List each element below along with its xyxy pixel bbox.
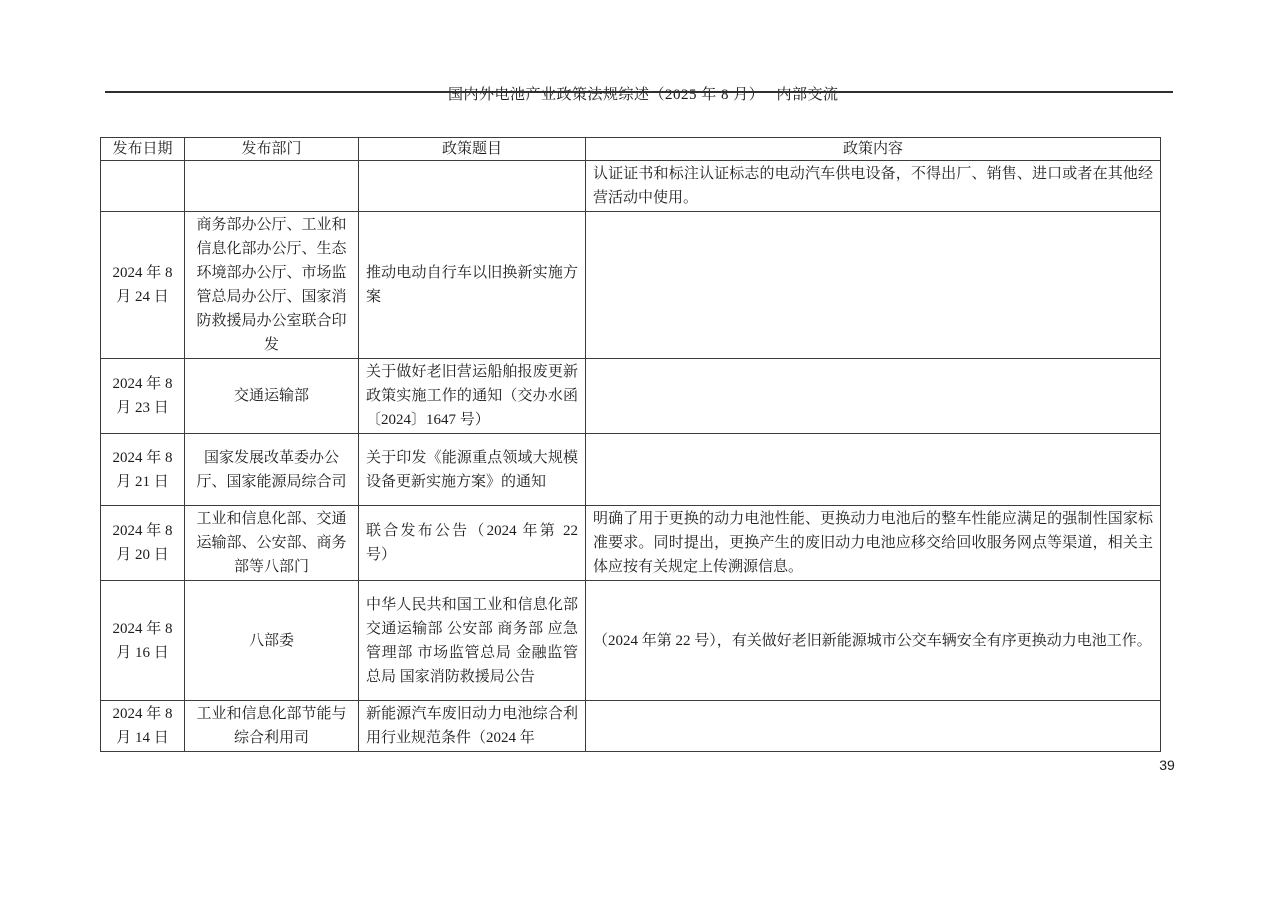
- cell-content: 明确了用于更换的动力电池性能、更换动力电池后的整车性能应满足的强制性国家标准要求…: [586, 506, 1161, 581]
- table-row: 2024 年 8 月 23 日 交通运输部 关于做好老旧营运船舶报废更新政策实施…: [101, 359, 1161, 434]
- cell-date: [101, 161, 185, 212]
- cell-content: （2024 年第 22 号），有关做好老旧新能源城市公交车辆安全有序更换动力电池…: [586, 581, 1161, 701]
- cell-title: 联合发布公告（2024 年第 22 号）: [359, 506, 586, 581]
- cell-dept: 工业和信息化部节能与综合利用司: [185, 701, 359, 752]
- table-row: 认证证书和标注认证标志的电动汽车供电设备，不得出厂、销售、进口或者在其他经营活动…: [101, 161, 1161, 212]
- cell-dept: 交通运输部: [185, 359, 359, 434]
- col-header-policy-content: 政策内容: [586, 138, 1161, 161]
- cell-title: [359, 161, 586, 212]
- cell-title: 关于做好老旧营运船舶报废更新政策实施工作的通知（交办水函〔2024〕1647 号…: [359, 359, 586, 434]
- cell-title: 中华人民共和国工业和信息化部 交通运输部 公安部 商务部 应急管理部 市场监管总…: [359, 581, 586, 701]
- cell-content: [586, 701, 1161, 752]
- cell-content: [586, 212, 1161, 359]
- cell-title: 推动电动自行车以旧换新实施方案: [359, 212, 586, 359]
- table-row: 2024 年 8 月 20 日 工业和信息化部、交通运输部、公安部、商务部等八部…: [101, 506, 1161, 581]
- col-header-publish-date: 发布日期: [101, 138, 185, 161]
- table-row: 2024 年 8 月 14 日 工业和信息化部节能与综合利用司 新能源汽车废旧动…: [101, 701, 1161, 752]
- table-header-row: 发布日期 发布部门 政策题目 政策内容: [101, 138, 1161, 161]
- cell-date: 2024 年 8 月 21 日: [101, 434, 185, 506]
- cell-dept: 工业和信息化部、交通运输部、公安部、商务部等八部门: [185, 506, 359, 581]
- table-row: 2024 年 8 月 21 日 国家发展改革委办公厅、国家能源局综合司 关于印发…: [101, 434, 1161, 506]
- cell-dept: 商务部办公厅、工业和信息化部办公厅、生态环境部办公厅、市场监管总局办公厅、国家消…: [185, 212, 359, 359]
- cell-content: [586, 434, 1161, 506]
- cell-date: 2024 年 8 月 16 日: [101, 581, 185, 701]
- cell-date: 2024 年 8 月 20 日: [101, 506, 185, 581]
- document-header: 国内外电池产业政策法规综述（2025 年 8 月） 内部交流: [0, 66, 1278, 104]
- col-header-publish-dept: 发布部门: [185, 138, 359, 161]
- policy-table: 发布日期 发布部门 政策题目 政策内容 认证证书和标注认证标志的电动汽车供电设备…: [100, 137, 1161, 752]
- table-row: 2024 年 8 月 16 日 八部委 中华人民共和国工业和信息化部 交通运输部…: [101, 581, 1161, 701]
- page-number: 39: [1152, 757, 1182, 773]
- cell-content: 认证证书和标注认证标志的电动汽车供电设备，不得出厂、销售、进口或者在其他经营活动…: [586, 161, 1161, 212]
- cell-dept: 八部委: [185, 581, 359, 701]
- cell-date: 2024 年 8 月 14 日: [101, 701, 185, 752]
- col-header-policy-title: 政策题目: [359, 138, 586, 161]
- cell-title: 关于印发《能源重点领域大规模设备更新实施方案》的通知: [359, 434, 586, 506]
- document-title: 国内外电池产业政策法规综述（2025 年 8 月） 内部交流: [448, 87, 839, 103]
- cell-content: [586, 359, 1161, 434]
- cell-dept: [185, 161, 359, 212]
- cell-date: 2024 年 8 月 24 日: [101, 212, 185, 359]
- cell-title: 新能源汽车废旧动力电池综合利用行业规范条件（2024 年: [359, 701, 586, 752]
- header-rule: [105, 91, 1173, 93]
- cell-dept: 国家发展改革委办公厅、国家能源局综合司: [185, 434, 359, 506]
- cell-date: 2024 年 8 月 23 日: [101, 359, 185, 434]
- table-row: 2024 年 8 月 24 日 商务部办公厅、工业和信息化部办公厅、生态环境部办…: [101, 212, 1161, 359]
